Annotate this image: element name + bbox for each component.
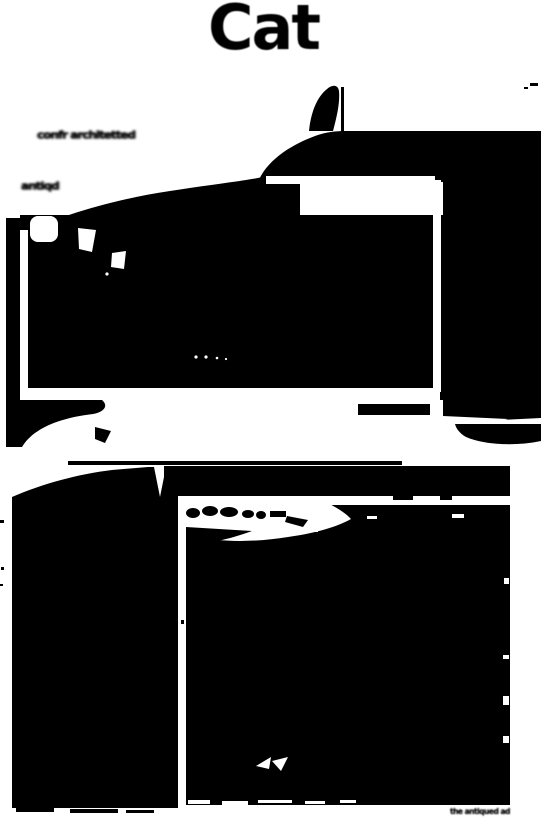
separator-line — [68, 461, 402, 465]
bottom-left-drape — [20, 400, 105, 447]
figure-page: Cat — [0, 0, 547, 826]
cat-silhouette — [20, 176, 300, 234]
bright-vertical-stripe — [178, 531, 186, 810]
small-dark-blob — [95, 427, 111, 443]
right-shadow-band — [358, 404, 430, 415]
binarized-photo-shapes — [0, 0, 547, 826]
right-base-slab — [455, 424, 541, 444]
left-dark-panel — [12, 466, 178, 808]
right-dark-panel — [186, 505, 510, 805]
top-dark-bar — [164, 466, 510, 497]
illegible-watermark-caption: the antiqued ad — [450, 807, 510, 816]
illegible-annotation-1: confr architetted — [37, 129, 135, 142]
bottom-photo — [0, 466, 510, 813]
illegible-annotation-2: antiqd — [21, 180, 59, 193]
sprig-stem — [341, 87, 344, 131]
tv-left-bezel — [6, 218, 20, 447]
sprig-shape — [309, 86, 339, 131]
